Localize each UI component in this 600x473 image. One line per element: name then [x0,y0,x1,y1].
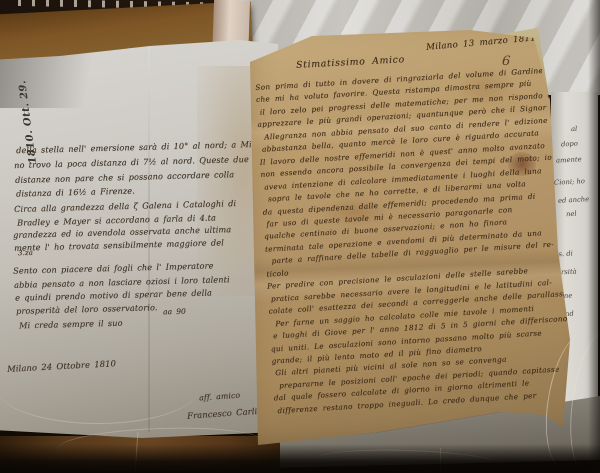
fragment-text: dopo [561,140,578,149]
signature-name: Francesco Carlini [187,405,266,420]
bottom-shadow [0,444,600,473]
fragment-text: al [571,125,578,133]
fragment-text: amente [556,155,582,164]
letter-body: Son prima di tutto in dovere di ringrazi… [255,63,594,418]
fragment-text: ed anche [558,195,590,205]
signature-salutation: aff. amico [199,391,241,403]
letter-line: prosperità del loro osservatorio. [16,302,158,316]
letter-line: mente l' ho trovata sensibilmente maggio… [14,237,224,252]
letter-line: 3.za [18,249,33,257]
fragment-text: nel [566,210,577,219]
letter-1810: 1810. Ott. 29. della stella nell' emersi… [0,36,278,440]
closing-line: Mi creda sempre il suo [19,318,123,331]
letter-line: e quindi prendo motivo di sperar bene de… [15,287,212,302]
fragment-text: Cioni; ho [554,177,585,187]
right-edge-shadow [588,0,600,473]
photograph-of-letters: al dopo amente Cioni; ho ed anche nel ss… [0,0,600,473]
letter-line: distanza di 16½ a Firenze. [16,185,135,198]
letter-line: Sento con piacere dai fogli che l' Imper… [13,260,214,275]
flourish-marks: aa 90 [163,307,186,317]
